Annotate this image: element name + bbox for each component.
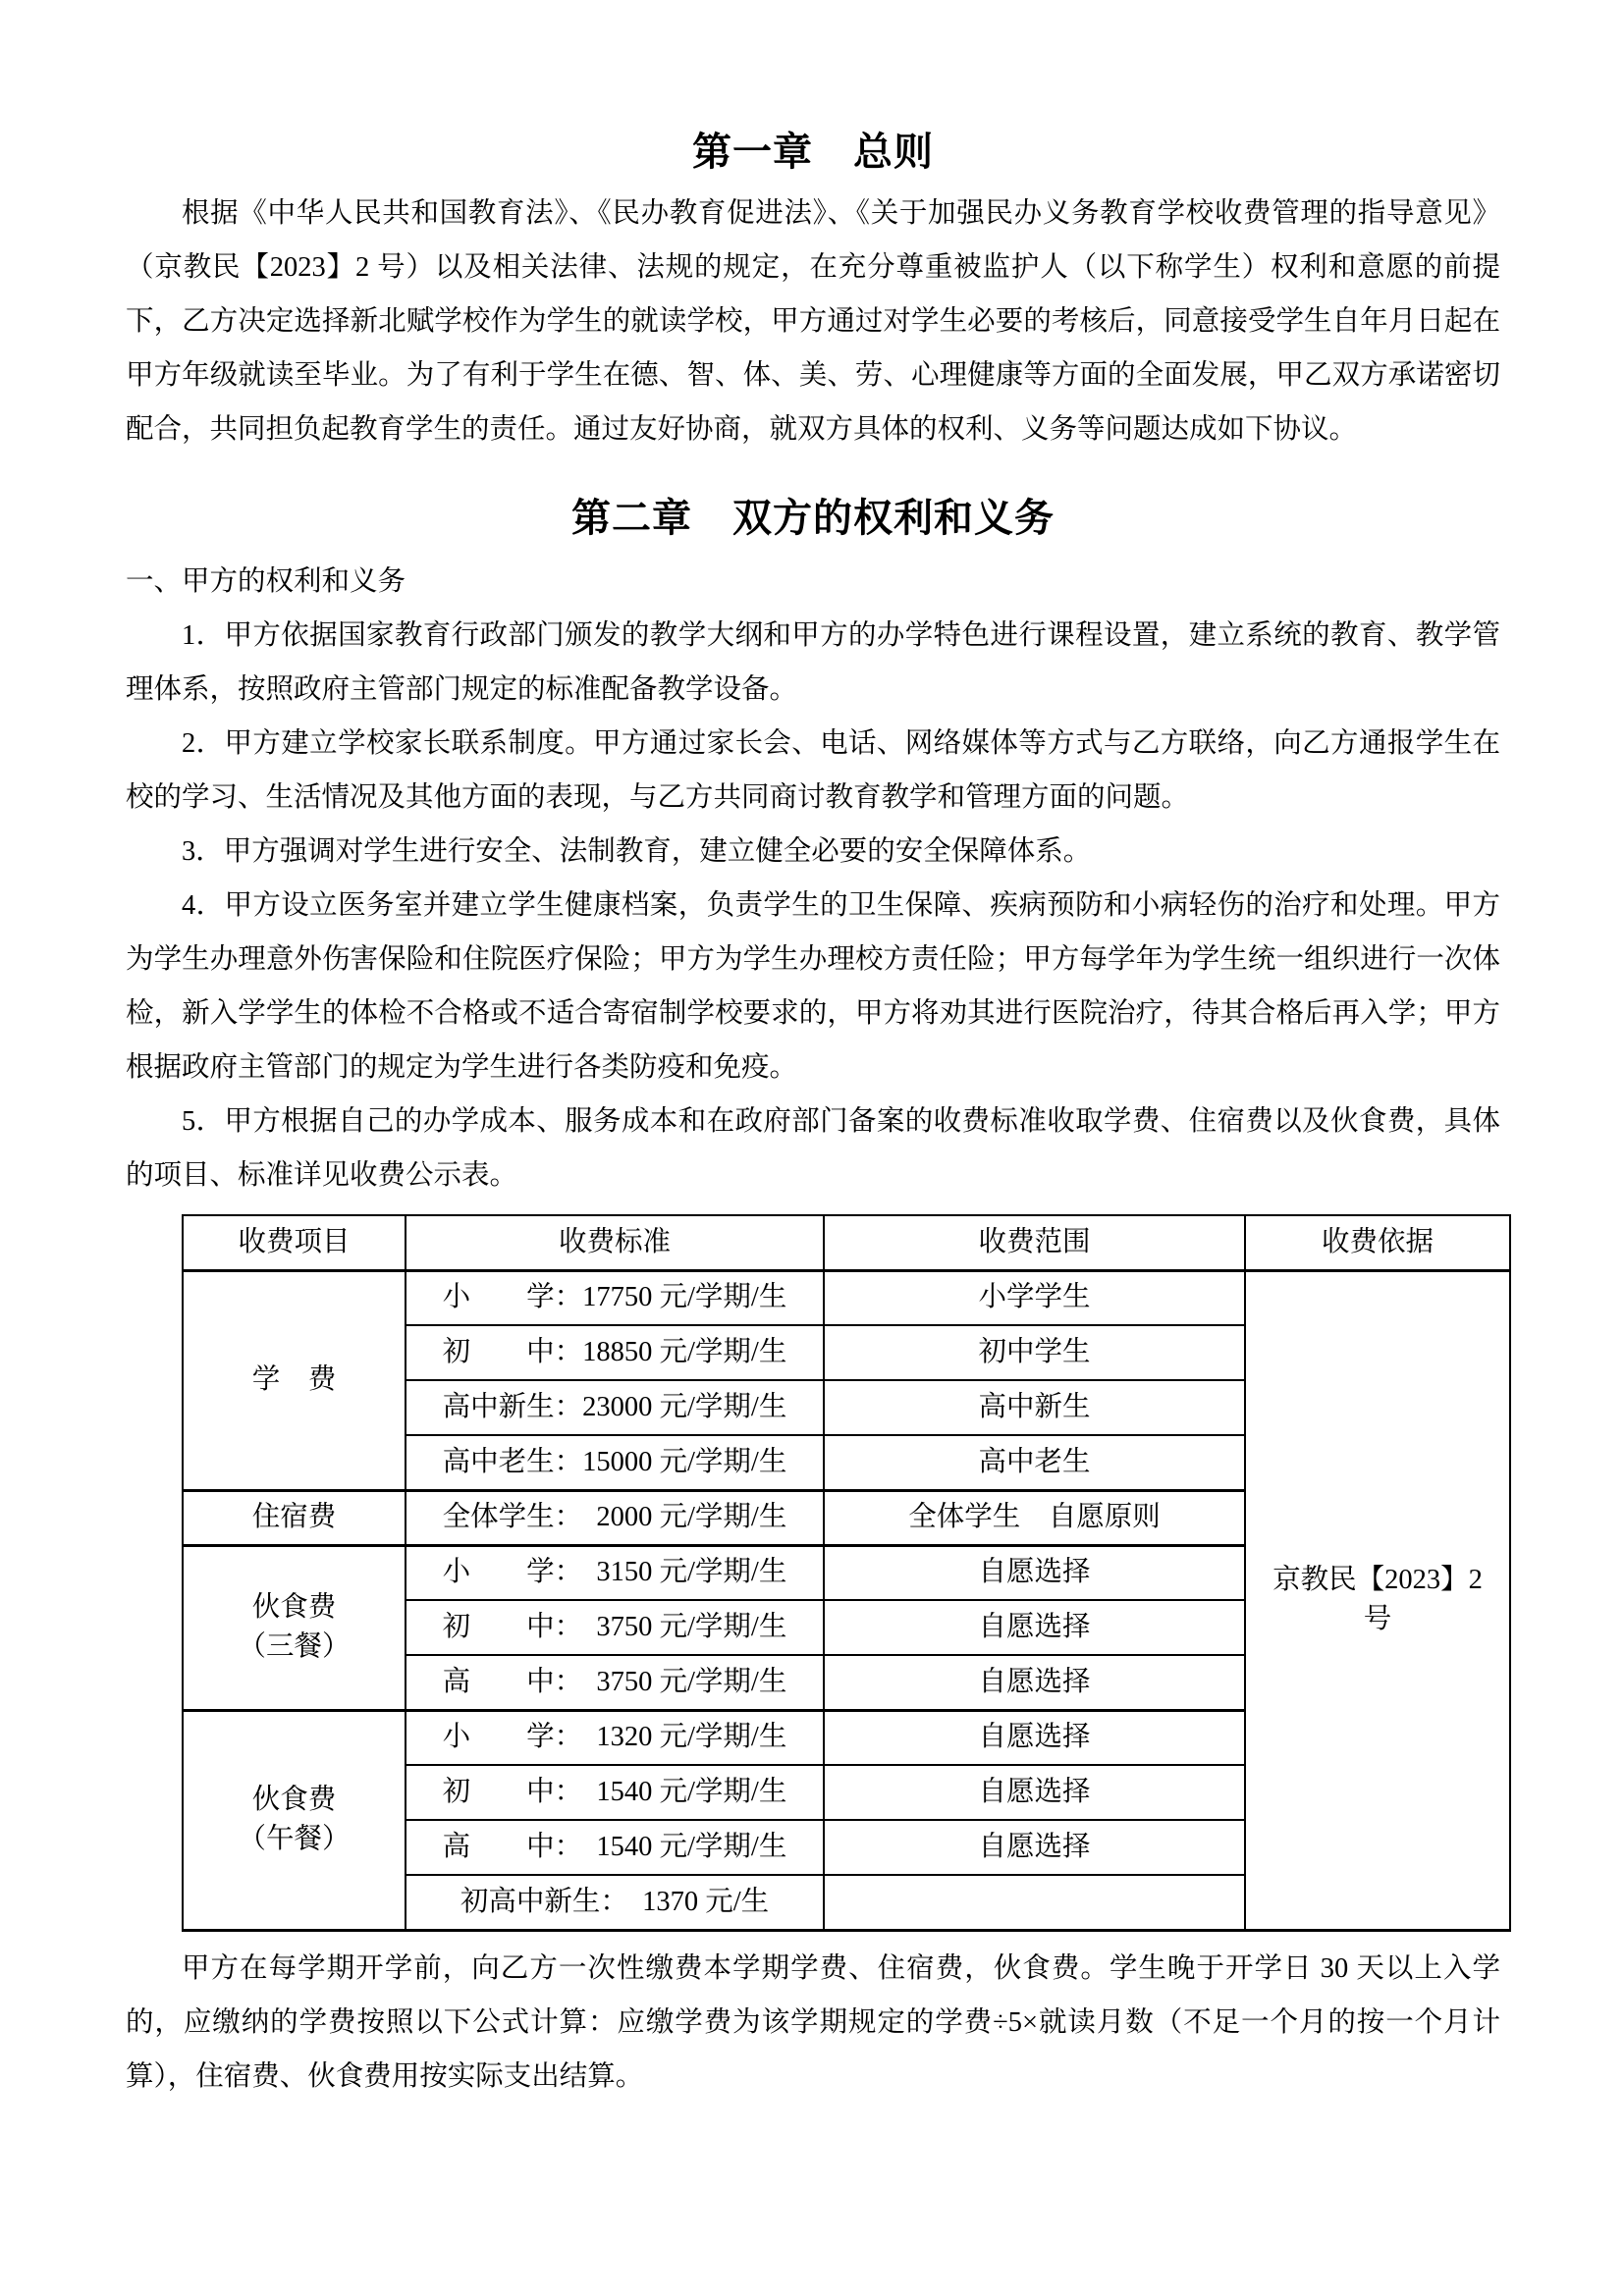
col-header-fee-basis: 收费依据 — [1245, 1215, 1510, 1270]
chapter2-title: 第二章 双方的权利和义务 — [126, 496, 1500, 541]
scope-cell: 自愿选择 — [824, 1710, 1245, 1765]
closing-paragraph: 甲方在每学期开学前，向乙方一次性缴费本学期学费、住宿费，伙食费。学生晚于开学日 … — [126, 1942, 1500, 2104]
standard-cell: 高 中： 3750 元/学期/生 — [406, 1655, 824, 1710]
fee-table: 收费项目 收费标准 收费范围 收费依据 学 费 小 学：17750 元/学期/生… — [182, 1214, 1511, 1932]
scope-cell: 初中学生 — [824, 1325, 1245, 1380]
scope-cell: 小学学生 — [824, 1270, 1245, 1325]
standard-cell: 小 学： 3150 元/学期/生 — [406, 1545, 824, 1600]
obligation-item-5: 5．甲方根据自己的办学成本、服务成本和在政府部门备案的收费标准收取学费、住宿费以… — [126, 1095, 1500, 1202]
obligation-item-3: 3．甲方强调对学生进行安全、法制教育，建立健全必要的安全保障体系。 — [126, 825, 1500, 879]
col-header-fee-scope: 收费范围 — [824, 1215, 1245, 1270]
fee-table-header-row: 收费项目 收费标准 收费范围 收费依据 — [183, 1215, 1510, 1270]
fee-item-cell-accommodation: 住宿费 — [183, 1490, 406, 1545]
standard-cell: 初 中： 1540 元/学期/生 — [406, 1765, 824, 1820]
chapter1-paragraph: 根据《中华人民共和国教育法》、《民办教育促进法》、《关于加强民办义务教育学校收费… — [126, 187, 1500, 456]
scope-cell: 自愿选择 — [824, 1600, 1245, 1655]
table-row-tuition-primary: 学 费 小 学：17750 元/学期/生 小学学生 京教民【2023】2 号 — [183, 1270, 1510, 1325]
scope-cell: 高中新生 — [824, 1380, 1245, 1435]
scope-cell: 自愿选择 — [824, 1545, 1245, 1600]
col-header-fee-item: 收费项目 — [183, 1215, 406, 1270]
standard-cell: 初高中新生： 1370 元/生 — [406, 1875, 824, 1930]
fee-item-cell-meals-three: 伙食费 （三餐） — [183, 1545, 406, 1710]
fee-item-cell-meals-lunch: 伙食费 （午餐） — [183, 1710, 406, 1930]
chapter1-title: 第一章 总则 — [126, 130, 1500, 175]
standard-cell: 高中新生：23000 元/学期/生 — [406, 1380, 824, 1435]
standard-cell: 小 学： 1320 元/学期/生 — [406, 1710, 824, 1765]
standard-cell: 初 中：18850 元/学期/生 — [406, 1325, 824, 1380]
scope-cell: 自愿选择 — [824, 1820, 1245, 1875]
section-heading-party-a: 一、甲方的权利和义务 — [126, 555, 1500, 609]
obligation-item-2: 2．甲方建立学校家长联系制度。甲方通过家长会、电话、网络媒体等方式与乙方联络，向… — [126, 717, 1500, 825]
obligation-item-4: 4．甲方设立医务室并建立学生健康档案，负责学生的卫生保障、疾病预防和小病轻伤的治… — [126, 879, 1500, 1095]
standard-cell: 初 中： 3750 元/学期/生 — [406, 1600, 824, 1655]
standard-cell: 全体学生： 2000 元/学期/生 — [406, 1490, 824, 1545]
standard-cell: 高中老生：15000 元/学期/生 — [406, 1435, 824, 1490]
document-page: 第一章 总则 根据《中华人民共和国教育法》、《民办教育促进法》、《关于加强民办义… — [0, 0, 1624, 2296]
col-header-fee-standard: 收费标准 — [406, 1215, 824, 1270]
scope-cell: 高中老生 — [824, 1435, 1245, 1490]
basis-cell: 京教民【2023】2 号 — [1245, 1270, 1510, 1930]
scope-cell: 自愿选择 — [824, 1655, 1245, 1710]
standard-cell: 高 中： 1540 元/学期/生 — [406, 1820, 824, 1875]
scope-cell: 自愿选择 — [824, 1765, 1245, 1820]
scope-cell: 全体学生 自愿原则 — [824, 1490, 1245, 1545]
fee-item-cell-tuition: 学 费 — [183, 1270, 406, 1490]
scope-cell — [824, 1875, 1245, 1930]
obligation-item-1: 1．甲方依据国家教育行政部门颁发的教学大纲和甲方的办学特色进行课程设置，建立系统… — [126, 609, 1500, 717]
standard-cell: 小 学：17750 元/学期/生 — [406, 1270, 824, 1325]
